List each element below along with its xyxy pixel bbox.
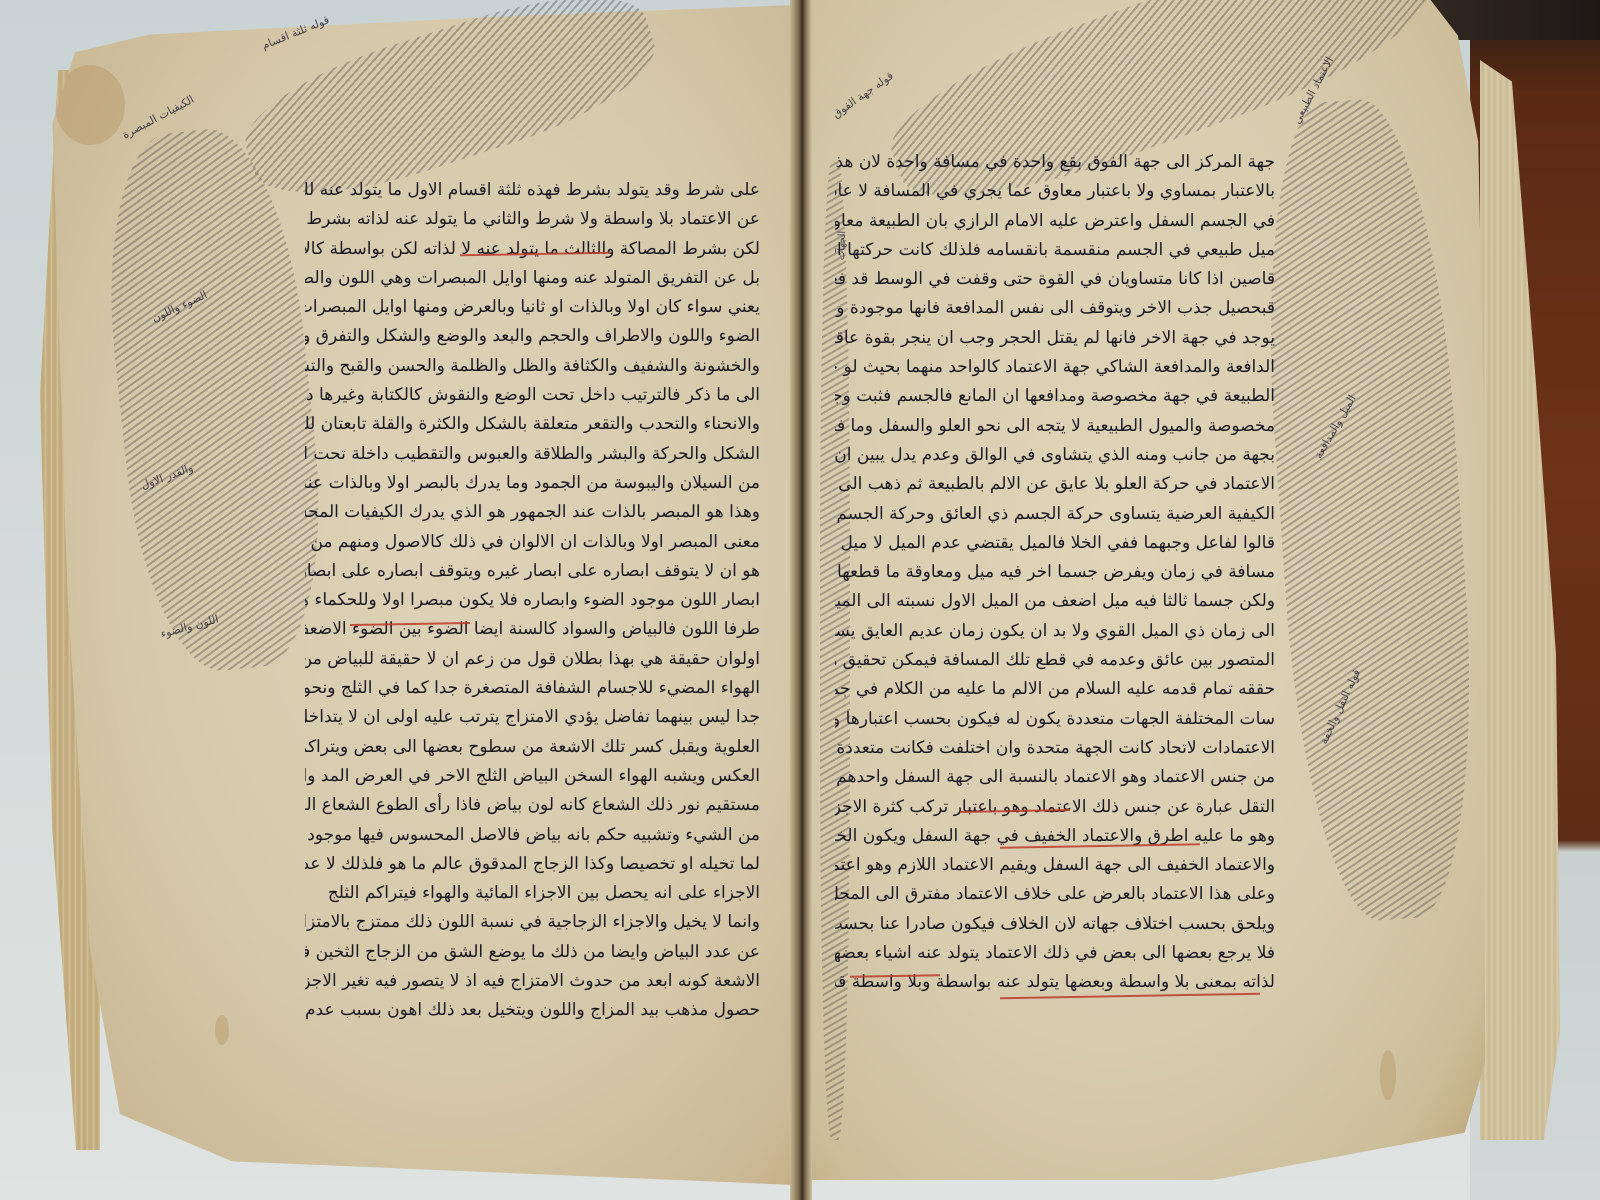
text-line: لكن بشرط المصاكة والثالث ما يتولد عنه لا… xyxy=(305,235,760,264)
text-line: فلا يرجع بعضها الى بعض في ذلك الاعتماد ي… xyxy=(835,939,1275,968)
text-line: هو ان لا يتوقف ابصاره على ابصار غيره ويت… xyxy=(305,557,760,586)
text-line: التقل عبارة عن جنس ذلك الاعتماد وهو باعت… xyxy=(835,793,1275,822)
text-line: معنى المبصر اولا وبالذات ان الالوان في ذ… xyxy=(305,528,760,557)
text-line: بجهة من جانب ومنه الذي يتشاوى في الوالق … xyxy=(835,441,1275,470)
text-line: الاجزاء على انه يحصل بين الاجزاء المائية… xyxy=(305,879,760,908)
text-line: حصول مذهب بيد المزاج واللون ويتخيل بعد ذ… xyxy=(305,996,760,1025)
text-line: جدا ليس بينهما تفاضل يؤدي الامتزاج يترتب… xyxy=(305,703,760,732)
text-line: اولوان حقيقة هي بهذا بطلان قول من زعم ان… xyxy=(305,645,760,674)
water-stain xyxy=(1380,1050,1396,1100)
text-line: الهواء المضيء للاجسام الشفافة المتصغرة ج… xyxy=(305,674,760,703)
text-line: الاعتمادات لاتحاد كانت الجهة متحدة وان ا… xyxy=(835,734,1275,763)
text-line: وعلى هذا الاعتماد بالعرض على خلاف الاعتم… xyxy=(835,880,1275,909)
text-line: بالاعتبار بمساوي ولا باعتبار معاوق عما ي… xyxy=(835,177,1275,206)
text-line: ابصار اللون موجود الضوء وابصاره فلا يكون… xyxy=(305,586,760,615)
text-line: الطبيعة في جهة مخصوصة ومدافعها ان المانع… xyxy=(835,382,1275,411)
text-line: من السيلان واليبوسة من الجمود وما يدرك ب… xyxy=(305,469,760,498)
text-line: مسافة في زمان ويفرض جسما اخر فيه ميل ومع… xyxy=(835,558,1275,587)
margin-note: الجهات xyxy=(835,231,850,261)
text-line: يعني سواء كان اولا وبالذات او ثانيا وبال… xyxy=(305,293,760,322)
text-line: الدافعة والمدافعة الشاكي جهة الاعتماد كا… xyxy=(835,353,1275,382)
text-line: قبحصيل جذب الاخر ويتوقف الى نفس المدافعة… xyxy=(835,294,1275,323)
text-line: قالوا لفاعل وجبهما ففي الخلا فالميل يقتض… xyxy=(835,529,1275,558)
text-line: الضوء واللون والاطراف والحجم والبعد والو… xyxy=(305,322,760,351)
text-line: الشكل والحركة والبشر والطلاقة والعبوس وا… xyxy=(305,440,760,469)
text-line: يوجد في جهة الاخر فانها لم يقتل الحجر وج… xyxy=(835,324,1275,353)
text-line: المتصور بين عائق وعدمه في قطع تلك المساف… xyxy=(835,646,1275,675)
text-line: على شرط وقد يتولد بشرط فهذه ثلثة اقسام ا… xyxy=(305,176,760,205)
text-line: الاعتماد في حركة العلو بلا عايق عن الالم… xyxy=(835,470,1275,499)
text-line: قاصين اذا كانا متساويان في القوة حتى وقف… xyxy=(835,265,1275,294)
text-line: وهذا هو المبصر بالذات عند الجمهور هو الذ… xyxy=(305,498,760,527)
text-line: ويلحق بحسب اختلاف جهاته لان الخلاف فيكون… xyxy=(835,910,1275,939)
text-line: والانحناء والتحدب والتقعر متعلقة بالشكل … xyxy=(305,410,760,439)
text-line: من جنس الاعتماد وهو الاعتماد بالنسبة الى… xyxy=(835,763,1275,792)
text-line: حققه تمام قدمه عليه السلام من الالم ما ع… xyxy=(835,675,1275,704)
text-line: الى ما ذكر فالترتيب داخل تحت الوضع والنق… xyxy=(305,381,760,410)
text-line: ميل طبيعي في الجسم منقسمة بانقسامه فلذلك… xyxy=(835,236,1275,265)
text-line: الى زمان ذي الميل القوي ولا بد ان يكون ز… xyxy=(835,617,1275,646)
text-line: والخشونة والشفيف والكثافة والظل والظلمة … xyxy=(305,352,760,381)
ink-spot xyxy=(215,1015,229,1045)
text-line: والاعتماد الخفيف الى جهة السفل ويقيم الا… xyxy=(835,851,1275,880)
text-line: لما تخيله او تخصيصا وكذا الزجاج المدقوق … xyxy=(305,850,760,879)
text-line: عن عدد البياض وايضا من ذلك ما يوضع الشق … xyxy=(305,938,760,967)
text-line: عن الاعتماد بلا واسطة ولا شرط والثاني ما… xyxy=(305,205,760,234)
text-line: ولكن جسما ثالثا فيه ميل اضعف من الميل ال… xyxy=(835,587,1275,616)
text-line: في الجسم السفل واعترض عليه الامام الرازي… xyxy=(835,207,1275,236)
text-line: جهة المركز الى جهة الفوق بقع واحدة في مس… xyxy=(835,148,1275,177)
book-gutter xyxy=(790,0,812,1200)
text-line: الكيفية العرضية يتساوى حركة الجسم ذي الع… xyxy=(835,500,1275,529)
text-line: العلوية ويقبل كسر تلك الاشعة من سطوح بعض… xyxy=(305,733,760,762)
text-line: طرفا اللون فالبياض والسواد كالسنة ايضا ا… xyxy=(305,615,760,644)
text-line: وانما لا يخيل والاجزاء الزجاجية في نسبة … xyxy=(305,908,760,937)
left-page-main-text: على شرط وقد يتولد بشرط فهذه ثلثة اقسام ا… xyxy=(305,176,760,1026)
text-line: العكس ويشبه الهواء السخن البياض الثلج ال… xyxy=(305,762,760,791)
text-line: من الشيء وتشبيه حكم بانه بياض فالاصل الم… xyxy=(305,821,760,850)
text-line: الاشعة كونه ابعد من حدوث الامتزاج فيه اذ… xyxy=(305,967,760,996)
right-page-main-text: جهة المركز الى جهة الفوق بقع واحدة في مس… xyxy=(835,148,1275,998)
text-line: مستقيم نور ذلك الشعاع كانه لون بياض فاذا… xyxy=(305,791,760,820)
text-line: بل عن التفريق المتولد عنه ومنها اوايل ال… xyxy=(305,264,760,293)
text-line: مخصوصة والميول الطبيعية لا يتجه الى نحو … xyxy=(835,412,1275,441)
text-line: سات المختلفة الجهات متعددة يكون له فيكون… xyxy=(835,705,1275,734)
